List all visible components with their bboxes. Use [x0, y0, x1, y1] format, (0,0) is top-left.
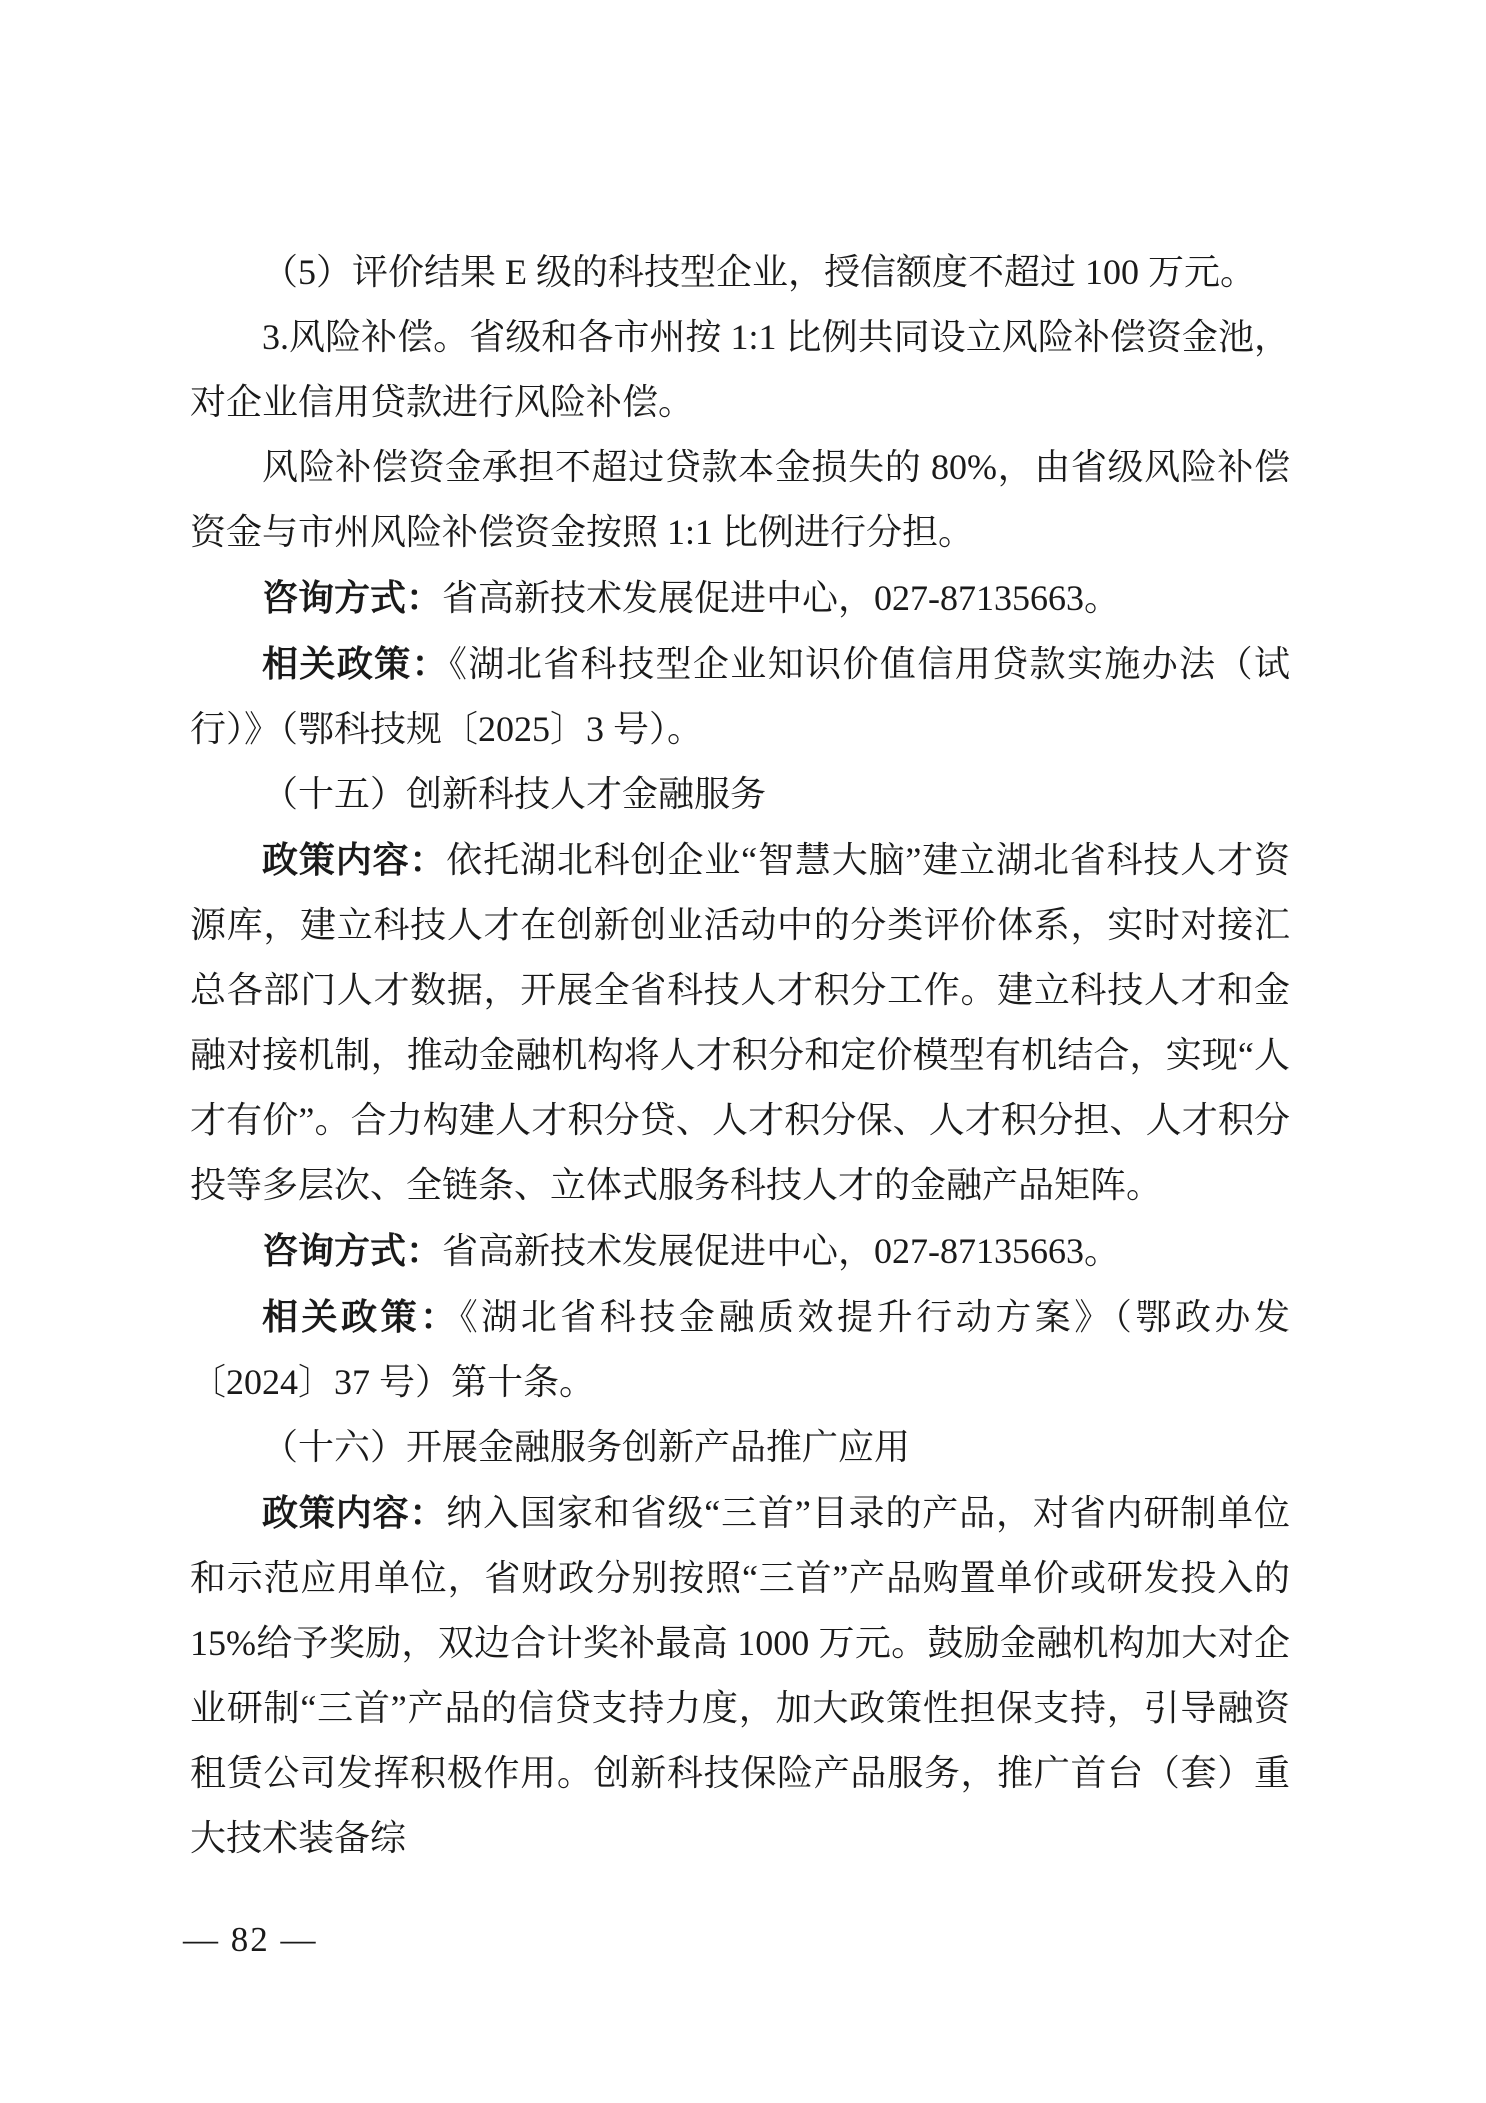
related-policy-paragraph: 相关政策：《湖北省科技型企业知识价值信用贷款实施办法（试行）》（鄂科技规〔202…	[190, 631, 1290, 762]
field-label: 咨询方式：	[262, 1230, 442, 1271]
field-label: 相关政策：	[262, 1296, 460, 1337]
paragraph-text: 风险补偿资金承担不超过贷款本金损失的 80%，由省级风险补偿资金与市州风险补偿资…	[190, 447, 1290, 552]
policy-content-paragraph: 政策内容：依托湖北科创企业“智慧大脑”建立湖北省科技人才资源库，建立科技人才在创…	[190, 827, 1290, 1218]
paragraph-text: （5）评价结果 E 级的科技型企业，授信额度不超过 100 万元。	[262, 252, 1256, 292]
page-number: — 82 —	[183, 1920, 318, 1959]
contact-paragraph: 咨询方式：省高新技术发展促进中心，027-87135663。	[190, 565, 1290, 631]
field-label: 咨询方式：	[262, 577, 442, 618]
related-policy-paragraph: 相关政策：《湖北省科技金融质效提升行动方案》（鄂政办发〔2024〕37 号）第十…	[190, 1284, 1290, 1415]
paragraph-text: 省高新技术发展促进中心，027-87135663。	[442, 578, 1120, 618]
page-footer: — 82 —	[183, 1912, 318, 1968]
body-paragraph: （5）评价结果 E 级的科技型企业，授信额度不超过 100 万元。	[190, 240, 1290, 305]
body-paragraph: 风险补偿资金承担不超过贷款本金损失的 80%，由省级风险补偿资金与市州风险补偿资…	[190, 435, 1290, 565]
field-label: 政策内容：	[262, 1492, 446, 1533]
document-page: （5）评价结果 E 级的科技型企业，授信额度不超过 100 万元。 3.风险补偿…	[0, 0, 1486, 2103]
field-label: 相关政策：	[262, 643, 449, 684]
paragraph-text: 省高新技术发展促进中心，027-87135663。	[442, 1231, 1120, 1271]
body-paragraph: 3.风险补偿。省级和各市州按 1:1 比例共同设立风险补偿资金池，对企业信用贷款…	[190, 305, 1290, 435]
paragraph-text: 依托湖北科创企业“智慧大脑”建立湖北省科技人才资源库，建立科技人才在创新创业活动…	[190, 840, 1290, 1205]
paragraph-text: 纳入国家和省级“三首”目录的产品，对省内研制单位和示范应用单位，省财政分别按照“…	[190, 1493, 1290, 1858]
field-label: 政策内容：	[262, 839, 446, 880]
section-heading: （十五）创新科技人才金融服务	[190, 762, 1290, 827]
policy-content-paragraph: 政策内容：纳入国家和省级“三首”目录的产品，对省内研制单位和示范应用单位，省财政…	[190, 1480, 1290, 1871]
heading-text: （十六）开展金融服务创新产品推广应用	[262, 1427, 910, 1467]
heading-text: （十五）创新科技人才金融服务	[262, 774, 766, 814]
paragraph-text: 3.风险补偿。省级和各市州按 1:1 比例共同设立风险补偿资金池，对企业信用贷款…	[190, 317, 1290, 422]
document-body: （5）评价结果 E 级的科技型企业，授信额度不超过 100 万元。 3.风险补偿…	[190, 240, 1290, 1871]
contact-paragraph: 咨询方式：省高新技术发展促进中心，027-87135663。	[190, 1218, 1290, 1284]
section-heading: （十六）开展金融服务创新产品推广应用	[190, 1415, 1290, 1480]
